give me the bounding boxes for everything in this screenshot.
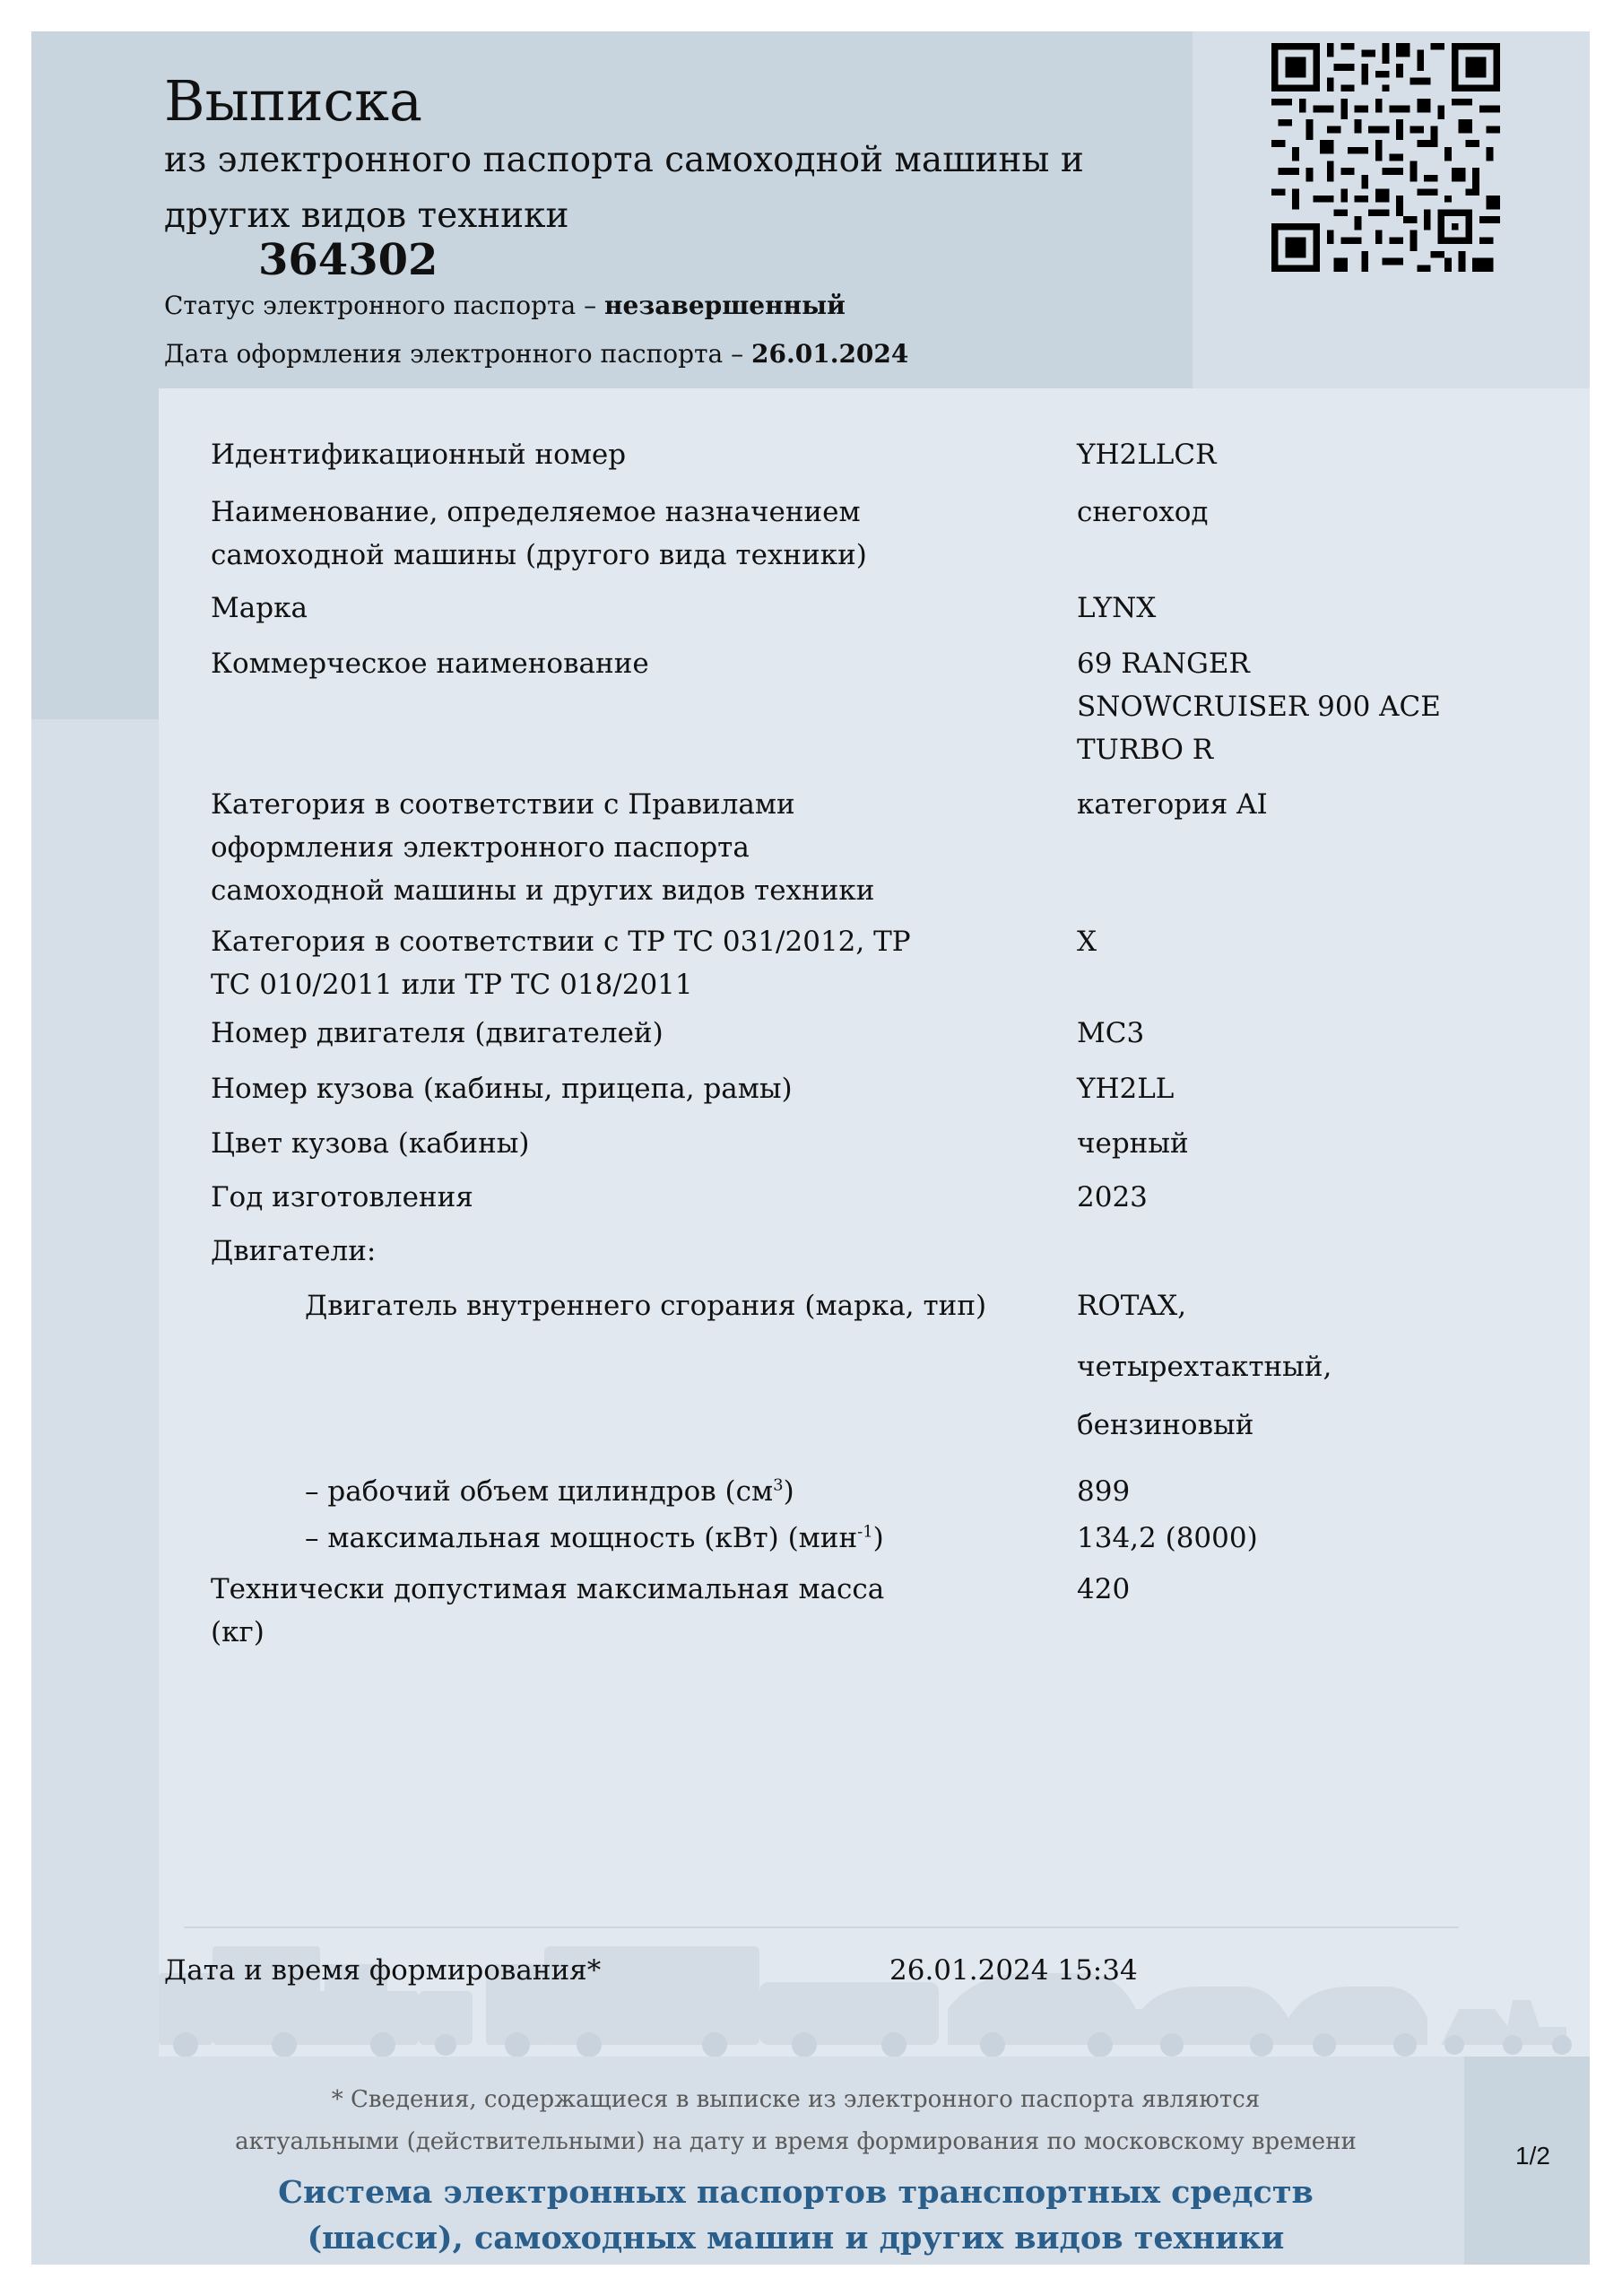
row-label: Номер кузова (кабины, прицепа, рамы)	[211, 1067, 793, 1110]
row-value: снегоход	[1077, 491, 1209, 534]
issue-date-label: Дата оформления электронного паспорта –	[164, 339, 751, 369]
row-value: категория AI	[1077, 783, 1268, 826]
data-panel	[159, 388, 1590, 2057]
divider	[184, 1926, 1459, 1928]
row-label: – рабочий объем цилиндров (см3)	[305, 1470, 794, 1513]
row-value: 2023	[1077, 1176, 1148, 1219]
status-value: незавершенный	[604, 291, 846, 320]
system-title-line2: (шасси), самоходных машин и других видов…	[159, 2220, 1433, 2257]
left-decor-strip	[31, 388, 159, 719]
document-title: Выписка	[164, 74, 422, 129]
row-label: Двигатель внутреннего сгорания (марка, т…	[305, 1284, 986, 1327]
row-label: Категория в соответствии с ТР ТС 031/201…	[211, 920, 911, 1006]
row-label: Наименование, определяемое назначением с…	[211, 491, 867, 577]
row-value: 899	[1077, 1470, 1130, 1513]
row-value-line2: четырехтактный,	[1077, 1345, 1331, 1388]
footnote-line2: актуальными (действительными) на дату и …	[159, 2128, 1433, 2155]
system-title-line1: Система электронных паспортов транспортн…	[159, 2174, 1433, 2211]
row-label: Коммерческое наименование	[211, 642, 649, 685]
row-label: Год изготовления	[211, 1176, 473, 1219]
row-value: 420	[1077, 1568, 1130, 1611]
generated-datetime-label: Дата и время формирования*	[164, 1949, 601, 1992]
row-label: Технически допустимая максимальная масса…	[211, 1568, 884, 1654]
row-label: Двигатели:	[211, 1230, 376, 1273]
row-label: Идентификационный номер	[211, 433, 626, 476]
status-label: Статус электронного паспорта –	[164, 291, 604, 320]
row-label: Цвет кузова (кабины)	[211, 1122, 530, 1165]
passport-issue-date: Дата оформления электронного паспорта – …	[164, 339, 908, 369]
passport-status: Статус электронного паспорта – незаверше…	[164, 291, 846, 320]
row-label: – максимальная мощность (кВт) (мин-1)	[305, 1517, 884, 1560]
document-subtitle-line1: из электронного паспорта самоходной маши…	[164, 133, 1084, 188]
row-value: черный	[1077, 1122, 1189, 1165]
row-value-line3: бензиновый	[1077, 1404, 1253, 1447]
passport-number: 364302	[258, 235, 438, 285]
row-value: X	[1077, 920, 1097, 963]
row-value-line1: ROTAX,	[1077, 1284, 1186, 1327]
row-value: YH2LLCR	[1077, 433, 1216, 476]
row-label: Номер двигателя (двигателей)	[211, 1012, 664, 1055]
row-value: 134,2 (8000)	[1077, 1517, 1258, 1560]
row-value: LYNX	[1077, 587, 1156, 630]
issue-date-value: 26.01.2024	[751, 339, 908, 369]
row-label: Категория в соответствии с Правилами офо…	[211, 783, 874, 912]
generated-datetime-value: 26.01.2024 15:34	[889, 1949, 1138, 1992]
row-value: 69 RANGER SNOWCRUISER 900 ACE TURBO R	[1077, 642, 1441, 771]
qr-code-icon	[1271, 43, 1500, 272]
page-number: 1/2	[1515, 2142, 1550, 2170]
row-label: Марка	[211, 587, 308, 630]
row-value: YH2LL	[1077, 1067, 1174, 1110]
row-value: MC3	[1077, 1012, 1144, 1055]
footnote-line1: * Сведения, содержащиеся в выписке из эл…	[159, 2086, 1433, 2113]
